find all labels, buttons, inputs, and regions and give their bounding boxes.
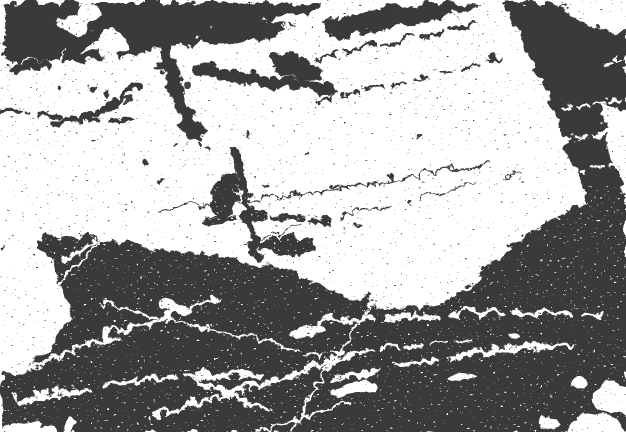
grain-noise-layer (0, 0, 626, 432)
grunge-texture-image (0, 0, 626, 432)
texture-stage (0, 0, 626, 432)
